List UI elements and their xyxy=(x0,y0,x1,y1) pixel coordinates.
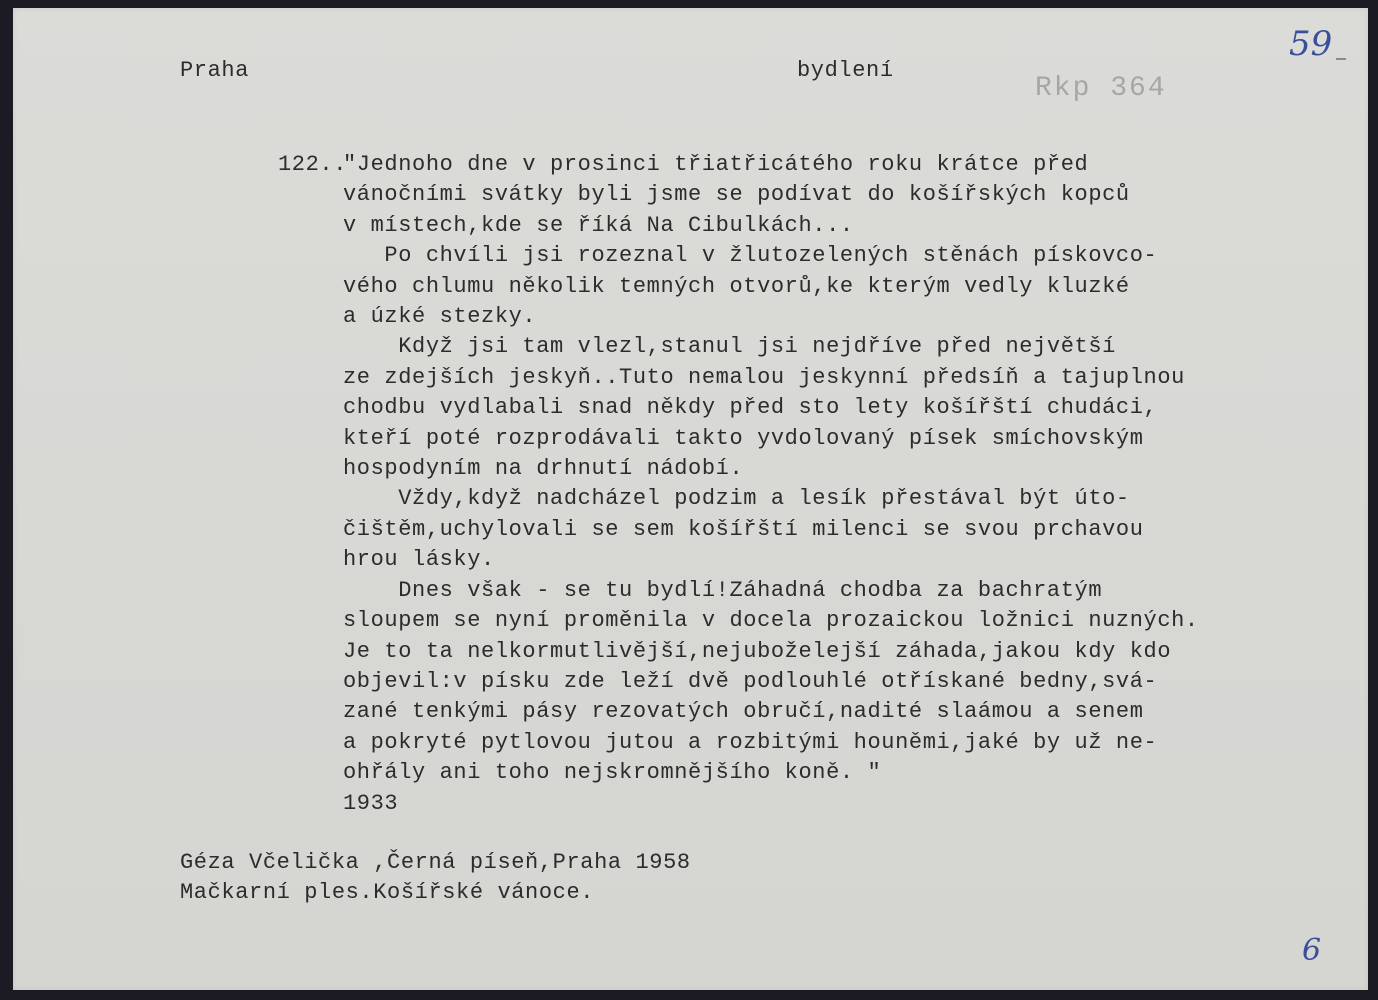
text-line: a pokryté pytlovou jutou a rozbitými hou… xyxy=(343,728,1199,758)
text-line: Vždy,když nadcházel podzim a lesík přest… xyxy=(343,484,1199,514)
text-line: Když jsi tam vlezl,stanul jsi nejdříve p… xyxy=(343,332,1199,362)
text-line: Dnes však - se tu bydlí!Záhadná chodba z… xyxy=(343,576,1199,606)
text-line: zané tenkými pásy rezovatých obručí,nadi… xyxy=(343,697,1199,727)
text-line: "Jednoho dne v prosinci třiatřicátého ro… xyxy=(343,150,1199,180)
text-line: hospodyním na drhnutí nádobí. xyxy=(343,454,1199,484)
topic-label: bydlení xyxy=(797,56,894,86)
text-line: 1933 xyxy=(343,789,1199,819)
citation-line: Mačkarní ples.Košířské vánoce. xyxy=(180,878,691,908)
text-line: objevil:v písku zde leží dvě podlouhlé o… xyxy=(343,667,1199,697)
text-line: chodbu vydlabali snad někdy před sto let… xyxy=(343,393,1199,423)
text-line: čištěm,uchylovali se sem košířští milenc… xyxy=(343,515,1199,545)
archive-stamp: Rkp 364 xyxy=(1035,73,1167,104)
text-line: vánočními svátky byli jsme se podívat do… xyxy=(343,180,1199,210)
text-line: ohřály ani toho nejskromnějšího koně. " xyxy=(343,758,1199,788)
text-line: vého chlumu několik temných otvorů,ke kt… xyxy=(343,272,1199,302)
text-line: a úzké stezky. xyxy=(343,302,1199,332)
entry-text: "Jednoho dne v prosinci třiatřicátého ro… xyxy=(343,150,1199,819)
text-line: ze zdejších jeskyň..Tuto nemalou jeskynn… xyxy=(343,363,1199,393)
text-line: Po chvíli jsi rozeznal v žlutozelených s… xyxy=(343,241,1199,271)
text-line: kteří poté rozprodávali takto yvdolovaný… xyxy=(343,424,1199,454)
source-citation: Géza Včelička ,Černá píseň,Praha 1958Mač… xyxy=(180,848,691,909)
text-line: sloupem se nyní proměnila v docela proza… xyxy=(343,606,1199,636)
text-line: hrou lásky. xyxy=(343,545,1199,575)
entry-number: 122.. xyxy=(278,150,347,180)
pencil-mark xyxy=(1336,58,1346,60)
text-line: Je to ta nelkormutlivější,nejuboželejší … xyxy=(343,637,1199,667)
citation-line: Géza Včelička ,Černá píseň,Praha 1958 xyxy=(180,848,691,878)
text-line: v místech,kde se říká Na Cibulkách... xyxy=(343,211,1199,241)
location-label: Praha xyxy=(180,56,249,86)
handwritten-corner-number: 6 xyxy=(1302,933,1321,968)
handwritten-page-number: 59 xyxy=(1289,24,1332,64)
